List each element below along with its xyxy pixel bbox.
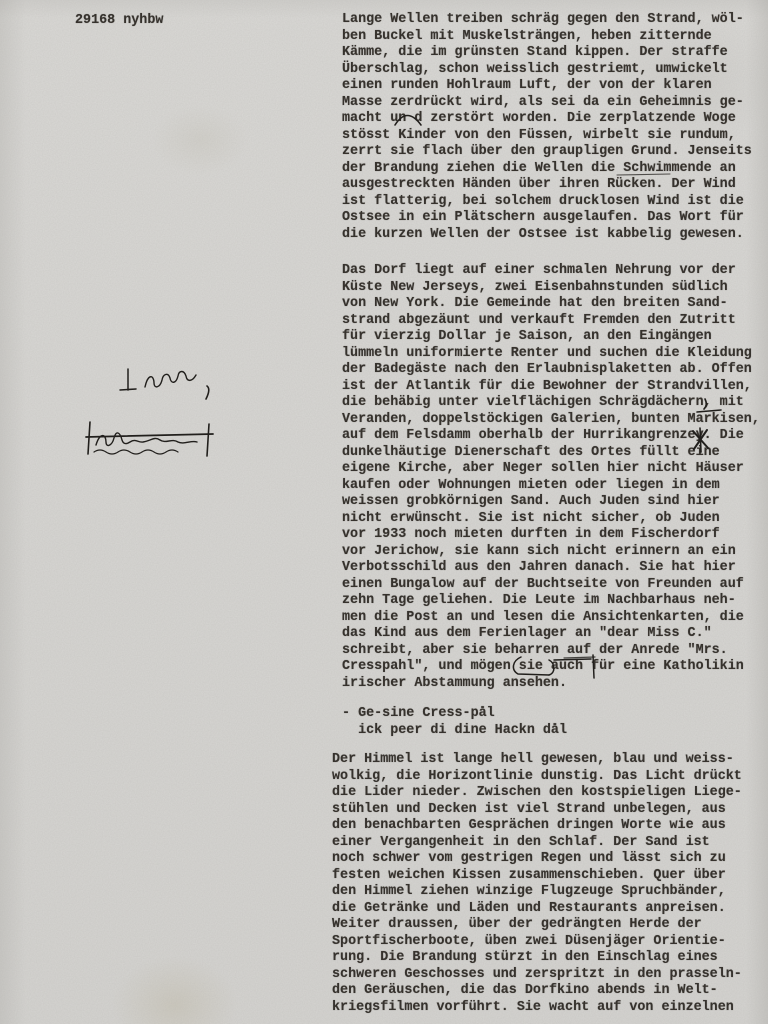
text-line: irischer Abstammung ansehen. xyxy=(342,676,766,693)
text-line: schreibt, aber sie beharren auf der Anre… xyxy=(342,643,766,660)
text-line: Veranden, doppelstöckigen Galerien, bunt… xyxy=(342,412,766,429)
text-line: einer Vergangenheit in den Schlaf. Der S… xyxy=(332,835,766,852)
text-line: den benachbarten Gesprächen dringen Wort… xyxy=(332,818,766,835)
text-line: kriegsfilmen vorführt. Sie wacht auf von… xyxy=(332,1000,766,1017)
text-line: Der Himmel ist lange hell gewesen, blau … xyxy=(332,752,766,769)
text-line: kaufen oder Wohnungen mieten oder liegen… xyxy=(342,478,766,495)
text-line: Sportfischerboote, üben zwei Düsenjäger … xyxy=(332,934,766,951)
text-line: stösst Kinder von den Füssen, wirbelt si… xyxy=(342,128,766,145)
text-line: strand abgezäunt und verkauft Fremden de… xyxy=(342,313,766,330)
text-line: Überschlag, schon weisslich gestriemt, u… xyxy=(342,62,766,79)
text-line: den Geräuschen, die das Dorfkino abends … xyxy=(332,983,766,1000)
text-line: einen runden Hohlraum Luft, der von der … xyxy=(342,78,766,95)
text-line: von New York. Die Gemeinde hat den breit… xyxy=(342,296,766,313)
margin-note-1 xyxy=(115,362,230,407)
page-number-code: 29168 nyhbw xyxy=(75,13,163,30)
paragraph-1: Lange Wellen treiben schräg gegen den St… xyxy=(342,12,766,243)
text-line: die behäbig unter vielflächigen Schrägdä… xyxy=(342,395,766,412)
text-line: ist der Atlantik für die Bewohner der St… xyxy=(342,379,766,396)
text-line: Cresspahl", und mögen sie auch für eine … xyxy=(342,659,766,676)
text-line: einen Bungalow auf der Buchtseite von Fr… xyxy=(342,577,766,594)
text-line: noch schwer vom gestrigen Regen und läss… xyxy=(332,851,766,868)
text-line: ick peer di dine Hackn dål xyxy=(342,723,766,740)
text-line: Weiter draussen, über der gedrängten Her… xyxy=(332,917,766,934)
text-line: der Badegäste nach den Erlaubnisplakette… xyxy=(342,362,766,379)
paragraph-3: Der Himmel ist lange hell gewesen, blau … xyxy=(332,752,766,1016)
text-line: vor 1933 noch mieten durften in dem Fisc… xyxy=(342,527,766,544)
text-line: Das Dorf liegt auf einer schmalen Nehrun… xyxy=(342,263,766,280)
text-line: men die Post an und lesen die Ansichtenk… xyxy=(342,610,766,627)
text-line: - Ge-sine Cress-pål xyxy=(342,706,766,723)
text-line: das Kind aus dem Ferienlager an "dear Mi… xyxy=(342,626,766,643)
text-line: den Himmel ziehen winzige Flugzeuge Spru… xyxy=(332,884,766,901)
text-line: Ostsee in ein Plätschern ausgelaufen. Da… xyxy=(342,210,766,227)
text-line: vor Jerichow, sie kann sich nicht erinne… xyxy=(342,544,766,561)
text-line: weissen grobkörnigen Sand. Auch Juden si… xyxy=(342,494,766,511)
text-line: lümmeln uniformierte Renter und suchen d… xyxy=(342,346,766,363)
text-line: ben Buckel mit Muskelsträngen, heben zit… xyxy=(342,29,766,46)
text-line: zerrt sie flach über den graupligen Grun… xyxy=(342,144,766,161)
text-line: auf dem Felsdamm oberhalb der Hurrikangr… xyxy=(342,428,766,445)
dialect-verse: - Ge-sine Cress-pål ick peer di dine Hac… xyxy=(342,706,766,739)
text-line: Küste New Jerseys, zwei Eisenbahnstunden… xyxy=(342,280,766,297)
text-line: stühlen und Decken ist viel Strand unbel… xyxy=(332,802,766,819)
margin-note-2 xyxy=(80,414,232,462)
manuscript-page: 29168 nyhbw Lange Wellen treiben schräg … xyxy=(0,0,768,1024)
text-line: zehn Tage geliehen. Die Leute im Nachbar… xyxy=(342,593,766,610)
text-line: rung. Die Brandung stürzt in den Einschl… xyxy=(332,950,766,967)
text-line: wolkig, die Horizontlinie dunstig. Das L… xyxy=(332,769,766,786)
text-line: für vierzig Dollar je Saison, an den Ein… xyxy=(342,329,766,346)
text-line: Masse zerdrückt wird, als sei da ein Geh… xyxy=(342,95,766,112)
text-line: die kurzen Wellen der Ostsee ist kabbeli… xyxy=(342,227,766,244)
text-line: ausgestreckten Händen über ihren Rücken.… xyxy=(342,177,766,194)
text-line: die Getränke und Läden und Restaurants a… xyxy=(332,901,766,918)
text-line: der Brandung ziehen die Wellen die Schwi… xyxy=(342,161,766,178)
text-line: Lange Wellen treiben schräg gegen den St… xyxy=(342,12,766,29)
text-line: macht un d zerstört worden. Die zerplatz… xyxy=(342,111,766,128)
text-line: nicht erwünscht. Sie ist nicht sicher, o… xyxy=(342,511,766,528)
text-line: schweren Geschosses und zerspritzt in de… xyxy=(332,967,766,984)
text-line: ist flatterig, bei solchem drucklosen Wi… xyxy=(342,194,766,211)
text-line: festen weichen Kissen zusammenschieben. … xyxy=(332,868,766,885)
text-line: die Lider nieder. Zwischen den kostspiel… xyxy=(332,785,766,802)
text-line: Kämme, die im grünsten Stand kippen. Der… xyxy=(342,45,766,62)
text-line: Verbotsschild aus den Jahren danach. Sie… xyxy=(342,560,766,577)
text-line: eigene Kirche, aber Neger sollen hier ni… xyxy=(342,461,766,478)
paragraph-2: Das Dorf liegt auf einer schmalen Nehrun… xyxy=(342,263,766,692)
text-line: dunkelhäutige Dienerschaft des Ortes fül… xyxy=(342,445,766,462)
